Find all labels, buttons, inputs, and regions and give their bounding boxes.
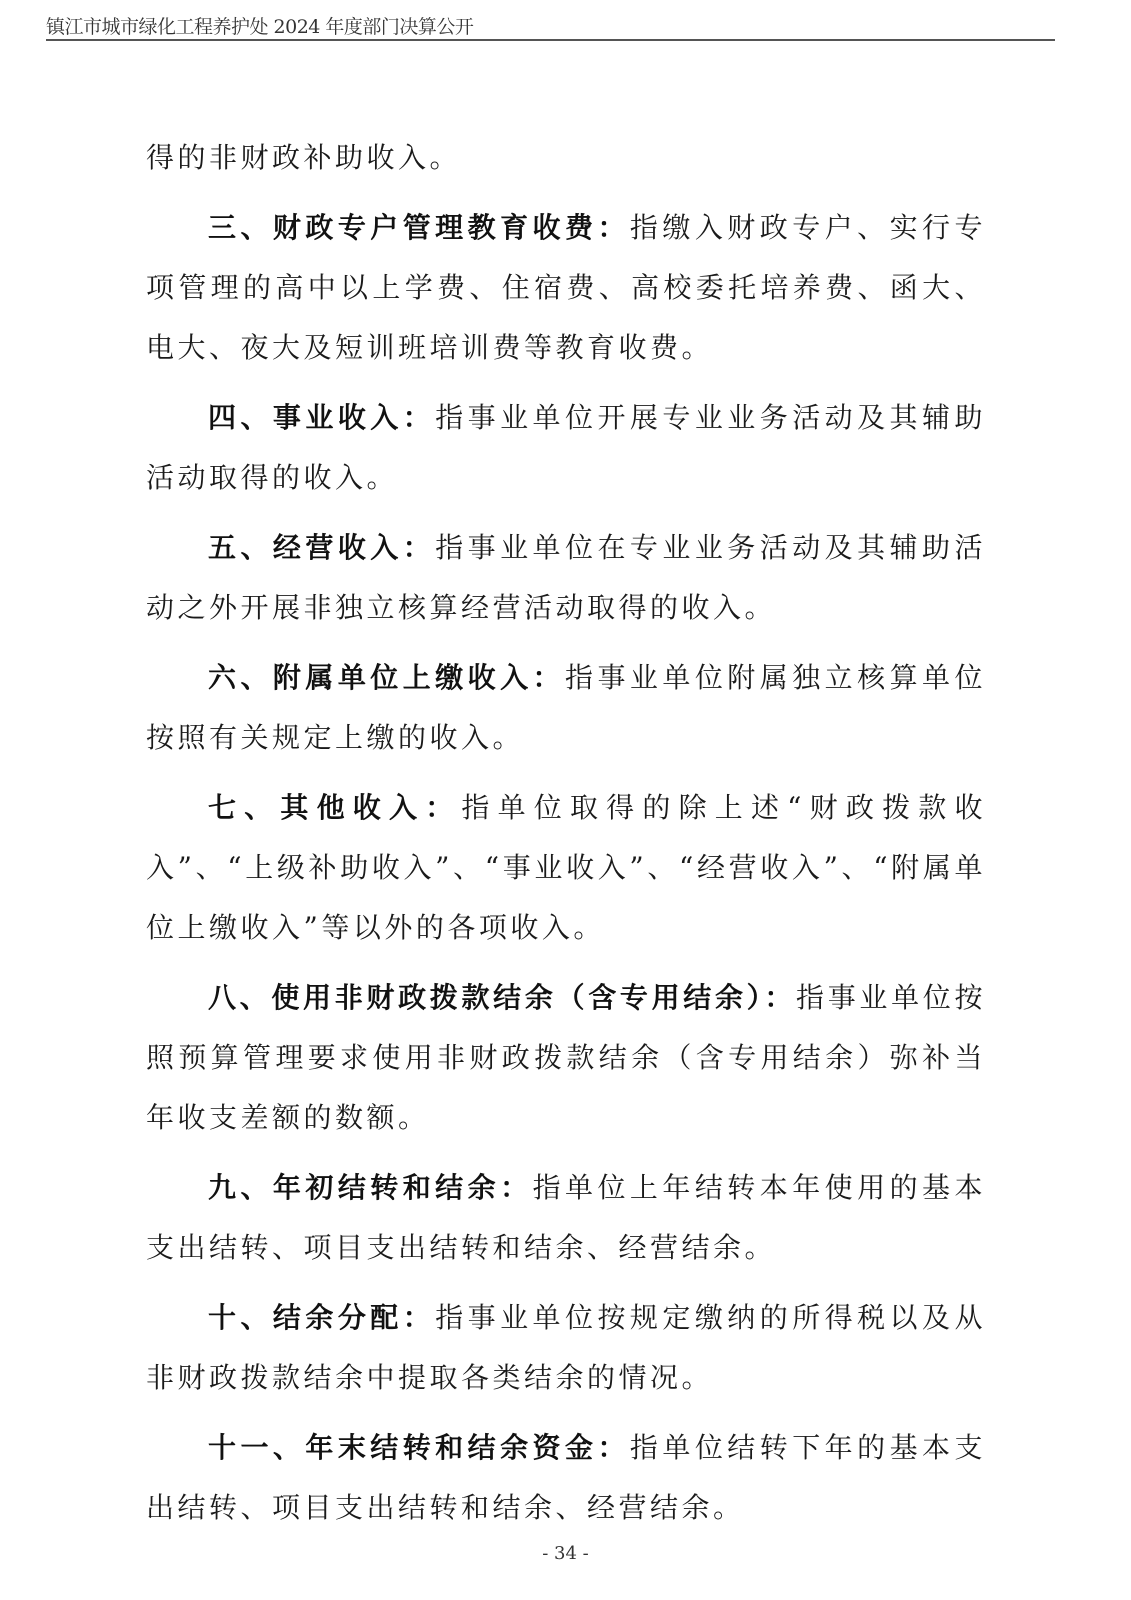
paragraph-text: 得的非财政补助收入。 xyxy=(146,141,461,174)
paragraph-item-10: 十、结余分配：指事业单位按规定缴纳的所得税以及从非财政拨款结余中提取各类结余的情… xyxy=(146,1288,986,1408)
header-divider xyxy=(46,39,1055,41)
paragraph-item-11: 十一、年末结转和结余资金：指单位结转下年的基本支出结转、项目支出结转和结余、经营… xyxy=(146,1418,986,1538)
paragraph-heading: 三、财政专户管理教育收费： xyxy=(208,211,630,244)
paragraph-heading: 九、年初结转和结余： xyxy=(208,1171,533,1204)
paragraph-heading: 十一、年末结转和结余资金： xyxy=(208,1431,630,1464)
paragraph-heading: 十、结余分配： xyxy=(208,1301,435,1334)
page-number: - 34 - xyxy=(0,1543,1131,1564)
paragraph-item-5: 五、经营收入：指事业单位在专业业务活动及其辅助活动之外开展非独立核算经营活动取得… xyxy=(146,518,986,638)
paragraph-heading: 五、经营收入： xyxy=(208,531,435,564)
paragraph-item-3: 三、财政专户管理教育收费：指缴入财政专户、实行专项管理的高中以上学费、住宿费、高… xyxy=(146,198,986,378)
paragraph-heading: 八、使用非财政拨款结余（含专用结余）： xyxy=(208,981,796,1014)
document-title: 镇江市城市绿化工程养护处 2024 年度部门决算公开 xyxy=(46,12,473,39)
paragraph-item-8: 八、使用非财政拨款结余（含专用结余）：指事业单位按照预算管理要求使用非财政拨款结… xyxy=(146,968,986,1148)
paragraph-item-7: 七、其他收入：指单位取得的除上述“财政拨款收入”、“上级补助收入”、“事业收入”… xyxy=(146,778,986,958)
paragraph-heading: 四、事业收入： xyxy=(208,401,435,434)
paragraph-item-6: 六、附属单位上缴收入：指事业单位附属独立核算单位按照有关规定上缴的收入。 xyxy=(146,648,986,768)
paragraph-item-9: 九、年初结转和结余：指单位上年结转本年使用的基本支出结转、项目支出结转和结余、经… xyxy=(146,1158,986,1278)
paragraph-heading: 七、其他收入： xyxy=(208,791,461,824)
paragraph-continuation: 得的非财政补助收入。 xyxy=(146,128,986,188)
document-body: 得的非财政补助收入。 三、财政专户管理教育收费：指缴入财政专户、实行专项管理的高… xyxy=(146,128,986,1538)
paragraph-heading: 六、附属单位上缴收入： xyxy=(208,661,565,694)
paragraph-item-4: 四、事业收入：指事业单位开展专业业务活动及其辅助活动取得的收入。 xyxy=(146,388,986,508)
